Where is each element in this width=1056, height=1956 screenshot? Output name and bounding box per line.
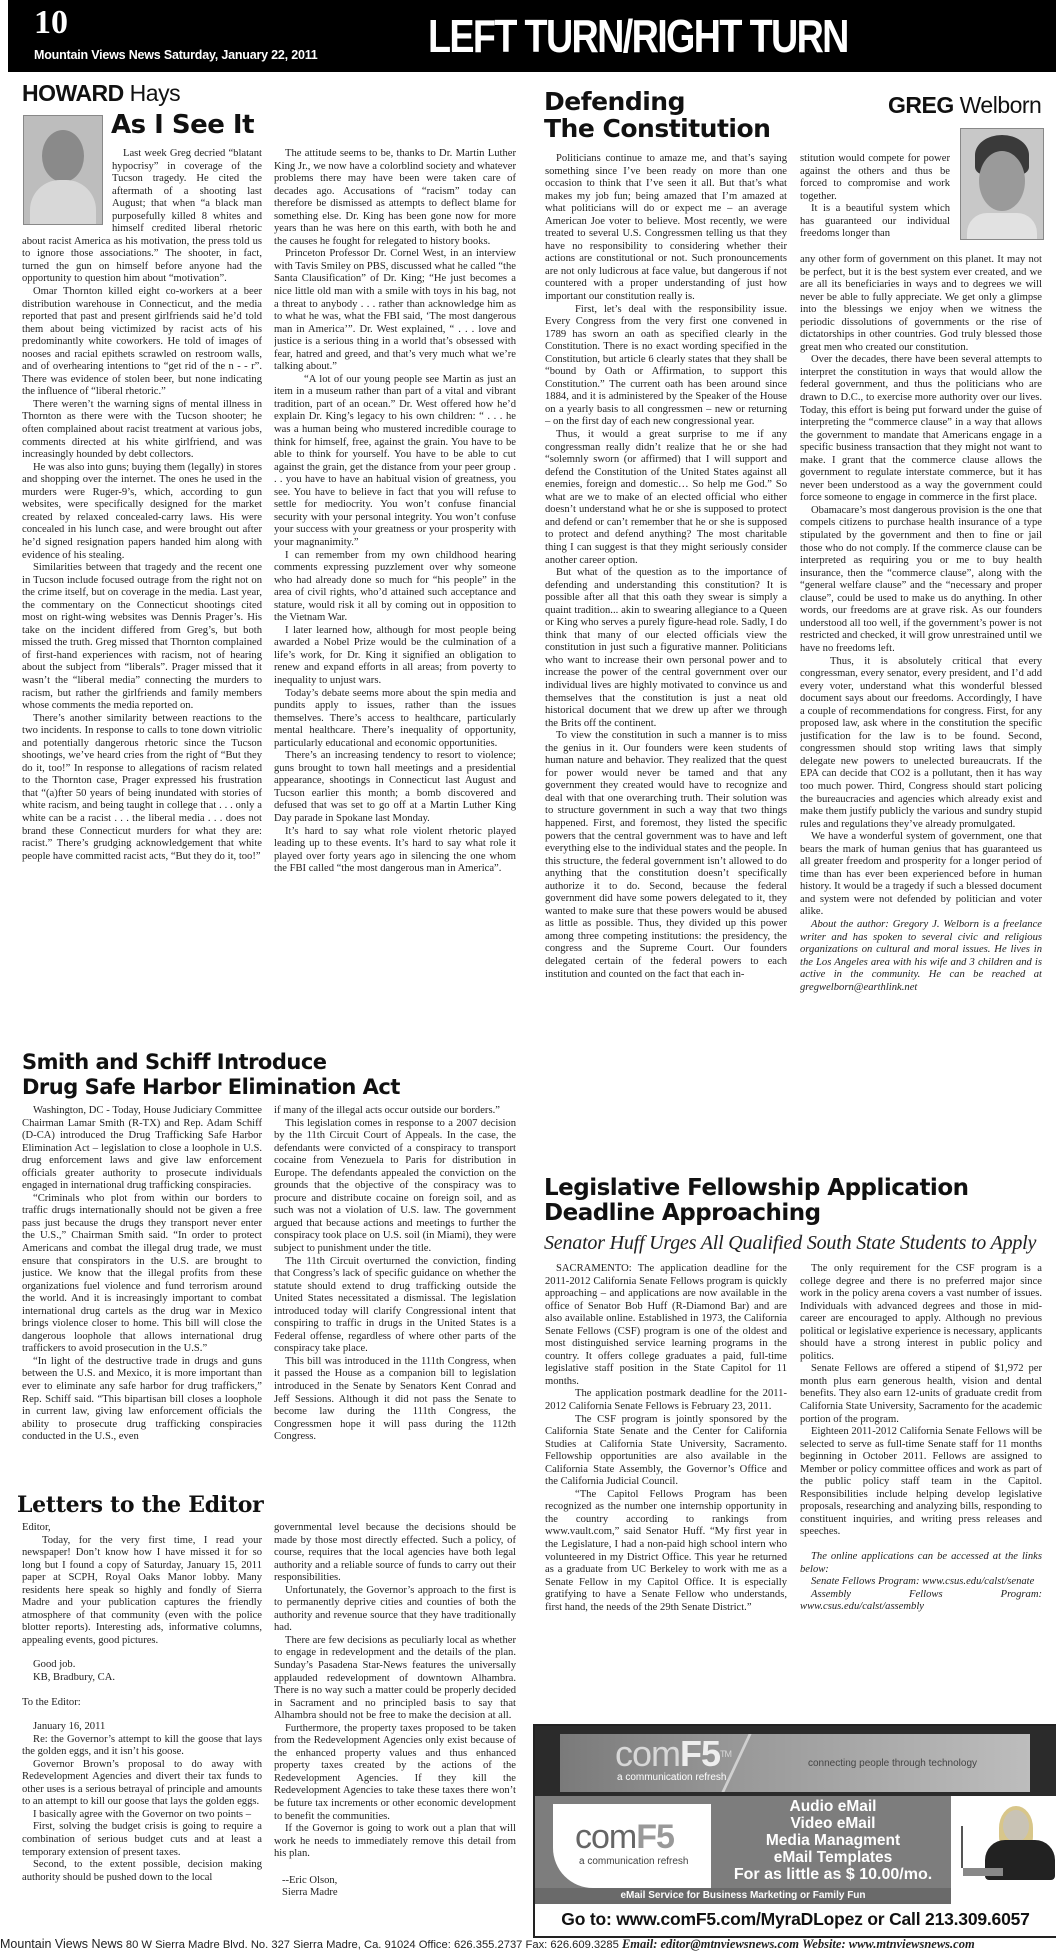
paragraph: Furthermore, the property taxes proposed… — [274, 1723, 516, 1823]
fellowship-column-1: SACRAMENTO: The application deadline for… — [545, 1263, 787, 1703]
howard-byline: HOWARD Hays — [22, 80, 180, 107]
comf5-logo: comF5 — [575, 1820, 674, 1854]
paragraph: Similarities between that tragedy and th… — [22, 562, 262, 713]
paragraph: Politicians continue to amaze me, and th… — [545, 153, 787, 304]
letter-signature-name: --Eric Olson, — [274, 1875, 516, 1888]
paragraph: This legislation comes in response to a … — [274, 1118, 516, 1256]
paragraph: governmental level because the decisions… — [274, 1522, 516, 1585]
headline-line: Smith and Schiff Introduce — [22, 1050, 400, 1075]
paragraph: There’s an increasing tendency to resort… — [274, 750, 516, 825]
section-title: LEFT TURN/RIGHT TURN — [428, 6, 848, 66]
paragraph: Second, to the extent possible, decision… — [22, 1859, 262, 1884]
fellowship-headline: Legislative Fellowship Application Deadl… — [544, 1176, 969, 1226]
howard-headline: As I See It — [111, 110, 254, 140]
paragraph: Washington, DC - Today, House Judiciary … — [22, 1105, 262, 1193]
paragraph: There weren’t the warning signs of menta… — [22, 399, 262, 462]
greg-column-2-wrap: stitution would compete for power agains… — [800, 153, 950, 253]
paragraph: First, let’s deal with the responsibilit… — [545, 304, 787, 429]
greg-byline: GREG Welborn — [888, 92, 1041, 119]
paragraph: The only requirement for the CSF program… — [800, 1263, 1042, 1363]
ad-woman-photo — [951, 1796, 1056, 1904]
paragraph: The 11th Circuit overturned the convicti… — [274, 1256, 516, 1356]
headline-line: Legislative Fellowship Application — [544, 1176, 969, 1201]
paragraph: Today’s debate seems more about the spin… — [274, 688, 516, 751]
byline-last-name: Hays — [130, 80, 180, 106]
link-senate-fellows[interactable]: Senate Fellows Program: www.csus.edu/cal… — [800, 1576, 1042, 1589]
comf5-advertisement[interactable]: comF5TM a communication refresh connecti… — [533, 1724, 1056, 1938]
paragraph: stitution would compete for power agains… — [800, 153, 950, 203]
paragraph: “In light of the destructive trade in dr… — [22, 1356, 262, 1444]
paragraph: There’s another similarity between react… — [22, 713, 262, 864]
greg-photo — [960, 128, 1044, 240]
ad-slogan: connecting people through technology — [808, 1758, 977, 1769]
fellowship-deck: Senator Huff Urges All Qualified South S… — [544, 1232, 1036, 1255]
ad-tagline: a communication refresh — [579, 1856, 689, 1867]
paragraph: any other form of government on this pla… — [800, 254, 1042, 354]
trademark: TM — [720, 1749, 731, 1759]
ad-call-to-action[interactable]: Go to: www.comF5.com/MyraDLopez or Call … — [535, 1904, 1056, 1936]
logo-suffix: F5 — [680, 1733, 720, 1774]
comf5-logo: comF5TM — [615, 1736, 731, 1772]
feature-item: Video eMail — [715, 1815, 951, 1832]
paragraph: “The Capitol Fellows Program has been re… — [545, 1489, 787, 1614]
ad-price: For as little as $ 10.00/mo. — [715, 1866, 951, 1883]
logo-prefix: com — [575, 1818, 636, 1856]
paragraph: The application postmark deadline for th… — [545, 1388, 787, 1413]
paragraph: Obamacare’s most dangerous provision is … — [800, 505, 1042, 656]
footer-website-label: Website: — [802, 1937, 846, 1951]
paragraph: Senate Fellows are offered a stipend of … — [800, 1363, 1042, 1426]
letter-salutation: To the Editor: — [22, 1697, 262, 1710]
headline-line: Defending — [544, 88, 770, 115]
paragraph: To view the constitution in such a manne… — [545, 730, 787, 981]
link-assembly-fellows[interactable]: Assembly Fellows Program: www.csus.edu/c… — [800, 1589, 1042, 1614]
drug-act-column-1: Washington, DC - Today, House Judiciary … — [22, 1105, 262, 1495]
greg-column-2: any other form of government on this pla… — [800, 254, 1042, 1174]
greg-column-1: Politicians continue to amaze me, and th… — [545, 153, 787, 1165]
paragraph: If the Governor is going to work out a p… — [274, 1823, 516, 1861]
ad-features: Audio eMail Video eMail Media Managment … — [715, 1798, 951, 1883]
letter-signature-place: Sierra Madre — [274, 1887, 516, 1900]
letter-signature: KB, Bradbury, CA. — [22, 1672, 262, 1685]
laptop-icon — [963, 1868, 1003, 1876]
paragraph: SACRAMENTO: The application deadline for… — [545, 1263, 787, 1388]
dateline: Mountain Views News Saturday, January 22… — [34, 48, 318, 62]
paragraph: Thus, it is absolutely critical that eve… — [800, 656, 1042, 832]
ad-middle: comF5 a communication refresh Audio eMai… — [535, 1796, 951, 1904]
byline-last-name: Welborn — [960, 92, 1042, 118]
howard-column-1: Last week Greg decried “blatant hypocris… — [22, 148, 262, 1068]
masthead: 10 Mountain Views News Saturday, January… — [8, 0, 1056, 72]
headline-line: Deadline Approaching — [544, 1201, 969, 1226]
footer-email[interactable]: editor@mtnviewsnews.com — [660, 1937, 799, 1951]
paragraph: But what of the question as to the impor… — [545, 567, 787, 730]
paragraph: Over the decades, there have been severa… — [800, 354, 1042, 505]
ad-service-line: eMail Service for Business Marketing or … — [535, 1888, 951, 1904]
paragraph: Unfortunately, the Governor’s approach t… — [274, 1585, 516, 1635]
paragraph: “Criminals who plot from within our bord… — [22, 1193, 262, 1356]
footer-website[interactable]: www.mtnviewsnews.com — [849, 1937, 975, 1951]
byline-first-name: HOWARD — [22, 80, 124, 106]
paragraph: It’s hard to say what role violent rheto… — [274, 826, 516, 876]
headline-line: The Constitution — [544, 115, 770, 142]
paragraph: Today, for the very first time, I read y… — [22, 1535, 262, 1648]
footer-address: 80 W Sierra Madre Blvd. No. 327 Sierra M… — [126, 1939, 619, 1951]
feature-item: Audio eMail — [715, 1798, 951, 1815]
paragraph: It is a beautiful system which has guara… — [800, 203, 950, 241]
logo-prefix: com — [615, 1733, 680, 1774]
paragraph: Omar Thornton killed eight co-workers at… — [22, 286, 262, 399]
footer-paper-name: Mountain Views News — [0, 1937, 123, 1951]
paragraph: First, solving the budget crisis is goin… — [22, 1821, 262, 1859]
paragraph: Eighteen 2011-2012 California Senate Fel… — [800, 1426, 1042, 1539]
paragraph: There are few decisions as peculiarly lo… — [274, 1635, 516, 1723]
page-number: 10 — [34, 4, 68, 42]
paragraph: Princeton Professor Dr. Cornel West, in … — [274, 248, 516, 373]
paragraph: He was also into guns; buying them (lega… — [22, 462, 262, 562]
paragraph: This bill was introduced in the 111th Co… — [274, 1356, 516, 1444]
about-the-author: About the author: Gregory J. Welborn is … — [800, 919, 1042, 994]
byline-first-name: GREG — [888, 92, 954, 118]
paragraph: if many of the illegal acts occur outsid… — [274, 1105, 516, 1118]
paragraph: I later learned how, although for most p… — [274, 625, 516, 688]
drug-act-column-2: if many of the illegal acts occur outsid… — [274, 1105, 516, 1495]
drug-act-headline: Smith and Schiff Introduce Drug Safe Har… — [22, 1050, 400, 1100]
fellowship-column-2: The only requirement for the CSF program… — [800, 1263, 1042, 1703]
paragraph: Thus, it would a great surprise to me if… — [545, 429, 787, 567]
links-intro: The online applications can be accessed … — [800, 1551, 1042, 1576]
paragraph: The attitude seems to be, thanks to Dr. … — [274, 148, 516, 248]
letters-column-2: governmental level because the decisions… — [274, 1522, 516, 1932]
paragraph: I basically agree with the Governor on t… — [22, 1809, 262, 1822]
feature-item: Media Managment — [715, 1832, 951, 1849]
footer: Mountain Views News 80 W Sierra Madre Bl… — [0, 1937, 1056, 1955]
footer-email-label: Email: — [622, 1937, 657, 1951]
letters-column-1: Editor, Today, for the very first time, … — [22, 1522, 262, 1932]
headline-line: Drug Safe Harbor Elimination Act — [22, 1075, 400, 1100]
letter-salutation: Editor, — [22, 1522, 262, 1535]
paragraph: We have a wonderful system of government… — [800, 831, 1042, 919]
letter-closing: Good job. — [22, 1659, 262, 1672]
logo-suffix: F5 — [636, 1818, 674, 1856]
paragraph: The CSF program is jointly sponsored by … — [545, 1414, 787, 1489]
paragraph: Re: the Governor’s attempt to kill the g… — [22, 1734, 262, 1759]
comf5-logo-box: comF5 a communication refresh — [553, 1804, 711, 1888]
paragraph: “A lot of our young people see Martin as… — [274, 374, 516, 550]
ad-tagline: a communication refresh — [617, 1772, 727, 1783]
letters-title: Letters to the Editor — [17, 1492, 263, 1518]
paragraph: Governor Brown’s proposal to do away wit… — [22, 1759, 262, 1809]
paragraph: I can remember from my own childhood hea… — [274, 550, 516, 625]
ad-banner-top: comF5TM a communication refresh connecti… — [535, 1726, 1056, 1796]
feature-item: eMail Templates — [715, 1849, 951, 1866]
greg-headline: Defending The Constitution — [544, 88, 770, 142]
letter-date: January 16, 2011 — [22, 1721, 262, 1734]
howard-column-2: The attitude seems to be, thanks to Dr. … — [274, 148, 516, 1028]
microphone-icon — [961, 1826, 971, 1868]
